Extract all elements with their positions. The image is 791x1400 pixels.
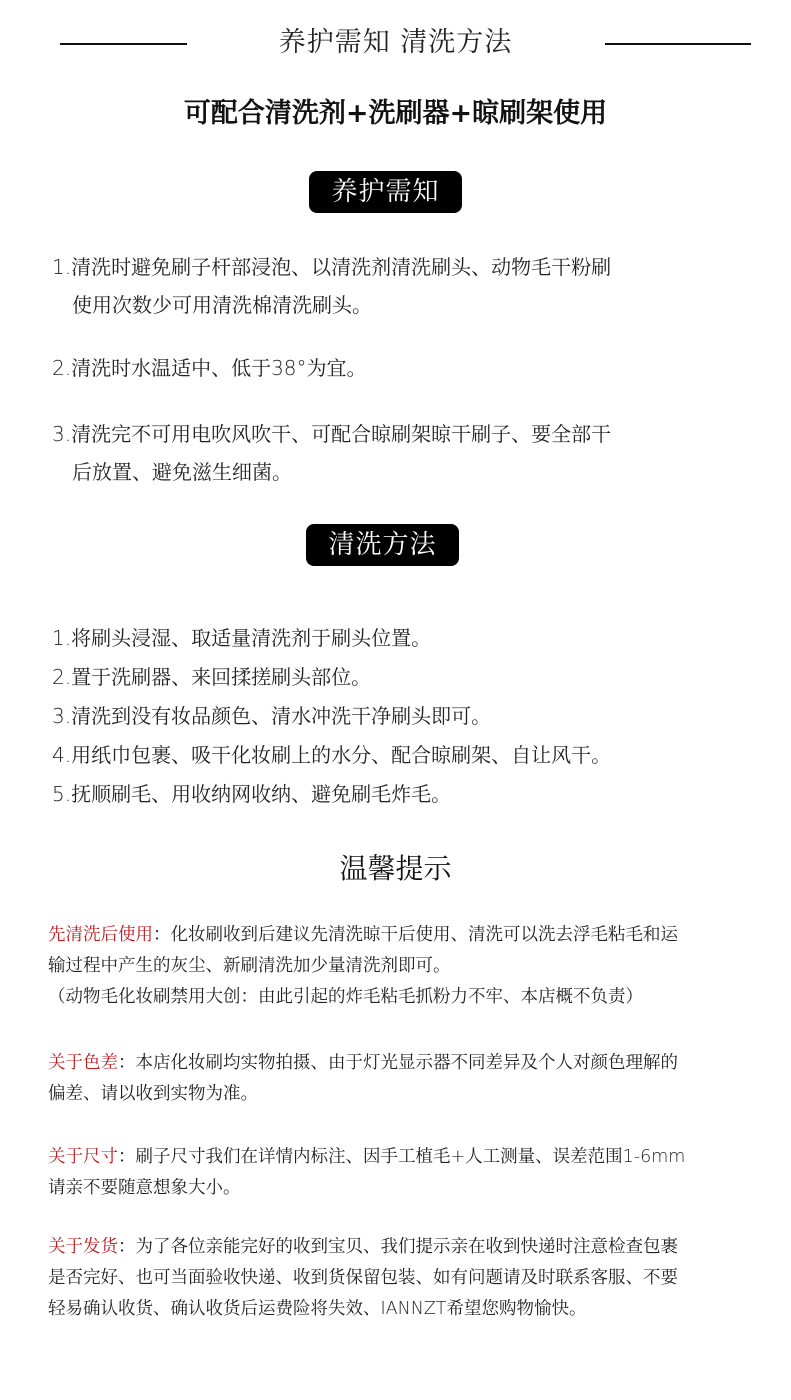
tip-text: 请亲不要随意想象大小。 — [48, 1173, 758, 1204]
care-item-3-line-1: 3.清洗完不可用电吹风吹干、可配合晾刷架晾干刷子、要全部干 — [52, 420, 611, 448]
tip-color-difference: 关于色差：本店化妆刷均实物拍摄、由于灯光显示器不同差异及个人对颜色理解的 偏差、… — [48, 1048, 758, 1110]
tip-note: （动物毛化妆刷禁用大创：由此引起的炸毛粘毛抓粉力不牢、本店概不负责） — [48, 982, 758, 1013]
wash-step-4: 4.用纸巾包裹、吸干化妆刷上的水分、配合晾刷架、自让风干。 — [52, 741, 611, 769]
tip-size: 关于尺寸：刷子尺寸我们在详情内标注、因手工植毛+人工测量、误差范围1-6mm 请… — [48, 1142, 758, 1204]
tip-label: 关于发货 — [48, 1237, 118, 1257]
tip-shipping: 关于发货：为了各位亲能完好的收到宝贝、我们提示亲在收到快递时注意检查包裹 是否完… — [48, 1232, 758, 1325]
tip-colon: ： — [153, 925, 171, 945]
page-subtitle: 可配合清洗剂+洗刷器+晾刷架使用 — [0, 94, 791, 134]
header-divider-right — [605, 43, 751, 45]
wash-step-3: 3.清洗到没有妆品颜色、清水冲洗干净刷头即可。 — [52, 702, 491, 730]
tip-label: 关于尺寸 — [48, 1147, 118, 1167]
tips-title: 温馨提示 — [0, 850, 791, 888]
care-item-1-line-2: 使用次数少可用清洗棉清洗刷头。 — [72, 291, 372, 319]
care-item-2-line-1: 2.清洗时水温适中、低于38°为宜。 — [52, 354, 367, 382]
wash-step-2: 2.置于洗刷器、来回揉搓刷头部位。 — [52, 663, 371, 691]
wash-section-badge: 清洗方法 — [306, 524, 459, 566]
tip-text: 本店化妆刷均实物拍摄、由于灯光显示器不同差异及个人对颜色理解的 — [136, 1053, 679, 1073]
tip-colon: ： — [118, 1053, 136, 1073]
tip-text: 为了各位亲能完好的收到宝贝、我们提示亲在收到快递时注意检查包裹 — [136, 1237, 679, 1257]
tip-text: 刷子尺寸我们在详情内标注、因手工植毛+人工测量、误差范围1-6mm — [136, 1147, 686, 1167]
care-item-1-line-1: 1.清洗时避免刷子杆部浸泡、以清洗剂清洗刷头、动物毛干粉刷 — [52, 253, 611, 281]
tip-label: 关于色差 — [48, 1053, 118, 1073]
wash-step-1: 1.将刷头浸湿、取适量清洗剂于刷头位置。 — [52, 624, 431, 652]
tip-text: 输过程中产生的灰尘、新刷清洗加少量清洗剂即可。 — [48, 951, 758, 982]
tip-text: 是否完好、也可当面验收快递、收到货保留包装、如有问题请及时联系客服、不要 — [48, 1263, 758, 1294]
tip-text: 化妆刷收到后建议先清洗晾干后使用、清洗可以洗去浮毛粘毛和运 — [171, 925, 679, 945]
tip-wash-before-use: 先清洗后使用：化妆刷收到后建议先清洗晾干后使用、清洗可以洗去浮毛粘毛和运 输过程… — [48, 920, 758, 1013]
tip-colon: ： — [118, 1237, 136, 1257]
tip-text: 轻易确认收货、确认收货后运费险将失效、IANNZT希望您购物愉快。 — [48, 1294, 758, 1325]
tip-colon: ： — [118, 1147, 136, 1167]
wash-step-5: 5.抚顺刷毛、用收纳网收纳、避免刷毛炸毛。 — [52, 780, 451, 808]
tip-text: 偏差、请以收到实物为准。 — [48, 1079, 758, 1110]
care-section-badge: 养护需知 — [309, 171, 462, 213]
care-item-3-line-2: 后放置、避免滋生细菌。 — [72, 458, 292, 486]
tip-label: 先清洗后使用 — [48, 925, 153, 945]
